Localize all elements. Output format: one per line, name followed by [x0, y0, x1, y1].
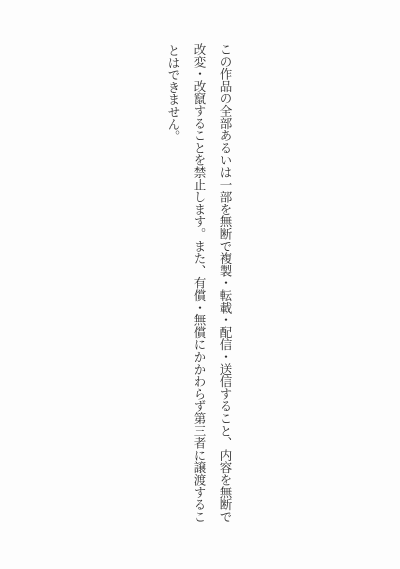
- copyright-text-column-3: とはできません。: [165, 44, 180, 142]
- copyright-text-column-1: この作品の全部あるいは一部を無断で複製・転載・配信・送信すること、内容を無断で: [217, 43, 232, 523]
- copyright-text-column-2: 改変・改竄することを禁止します。また、有償・無償にかかわらず第三者に譲渡するこ: [191, 43, 206, 523]
- copyright-notice-page: この作品の全部あるいは一部を無断で複製・転載・配信・送信すること、内容を無断で …: [0, 0, 400, 569]
